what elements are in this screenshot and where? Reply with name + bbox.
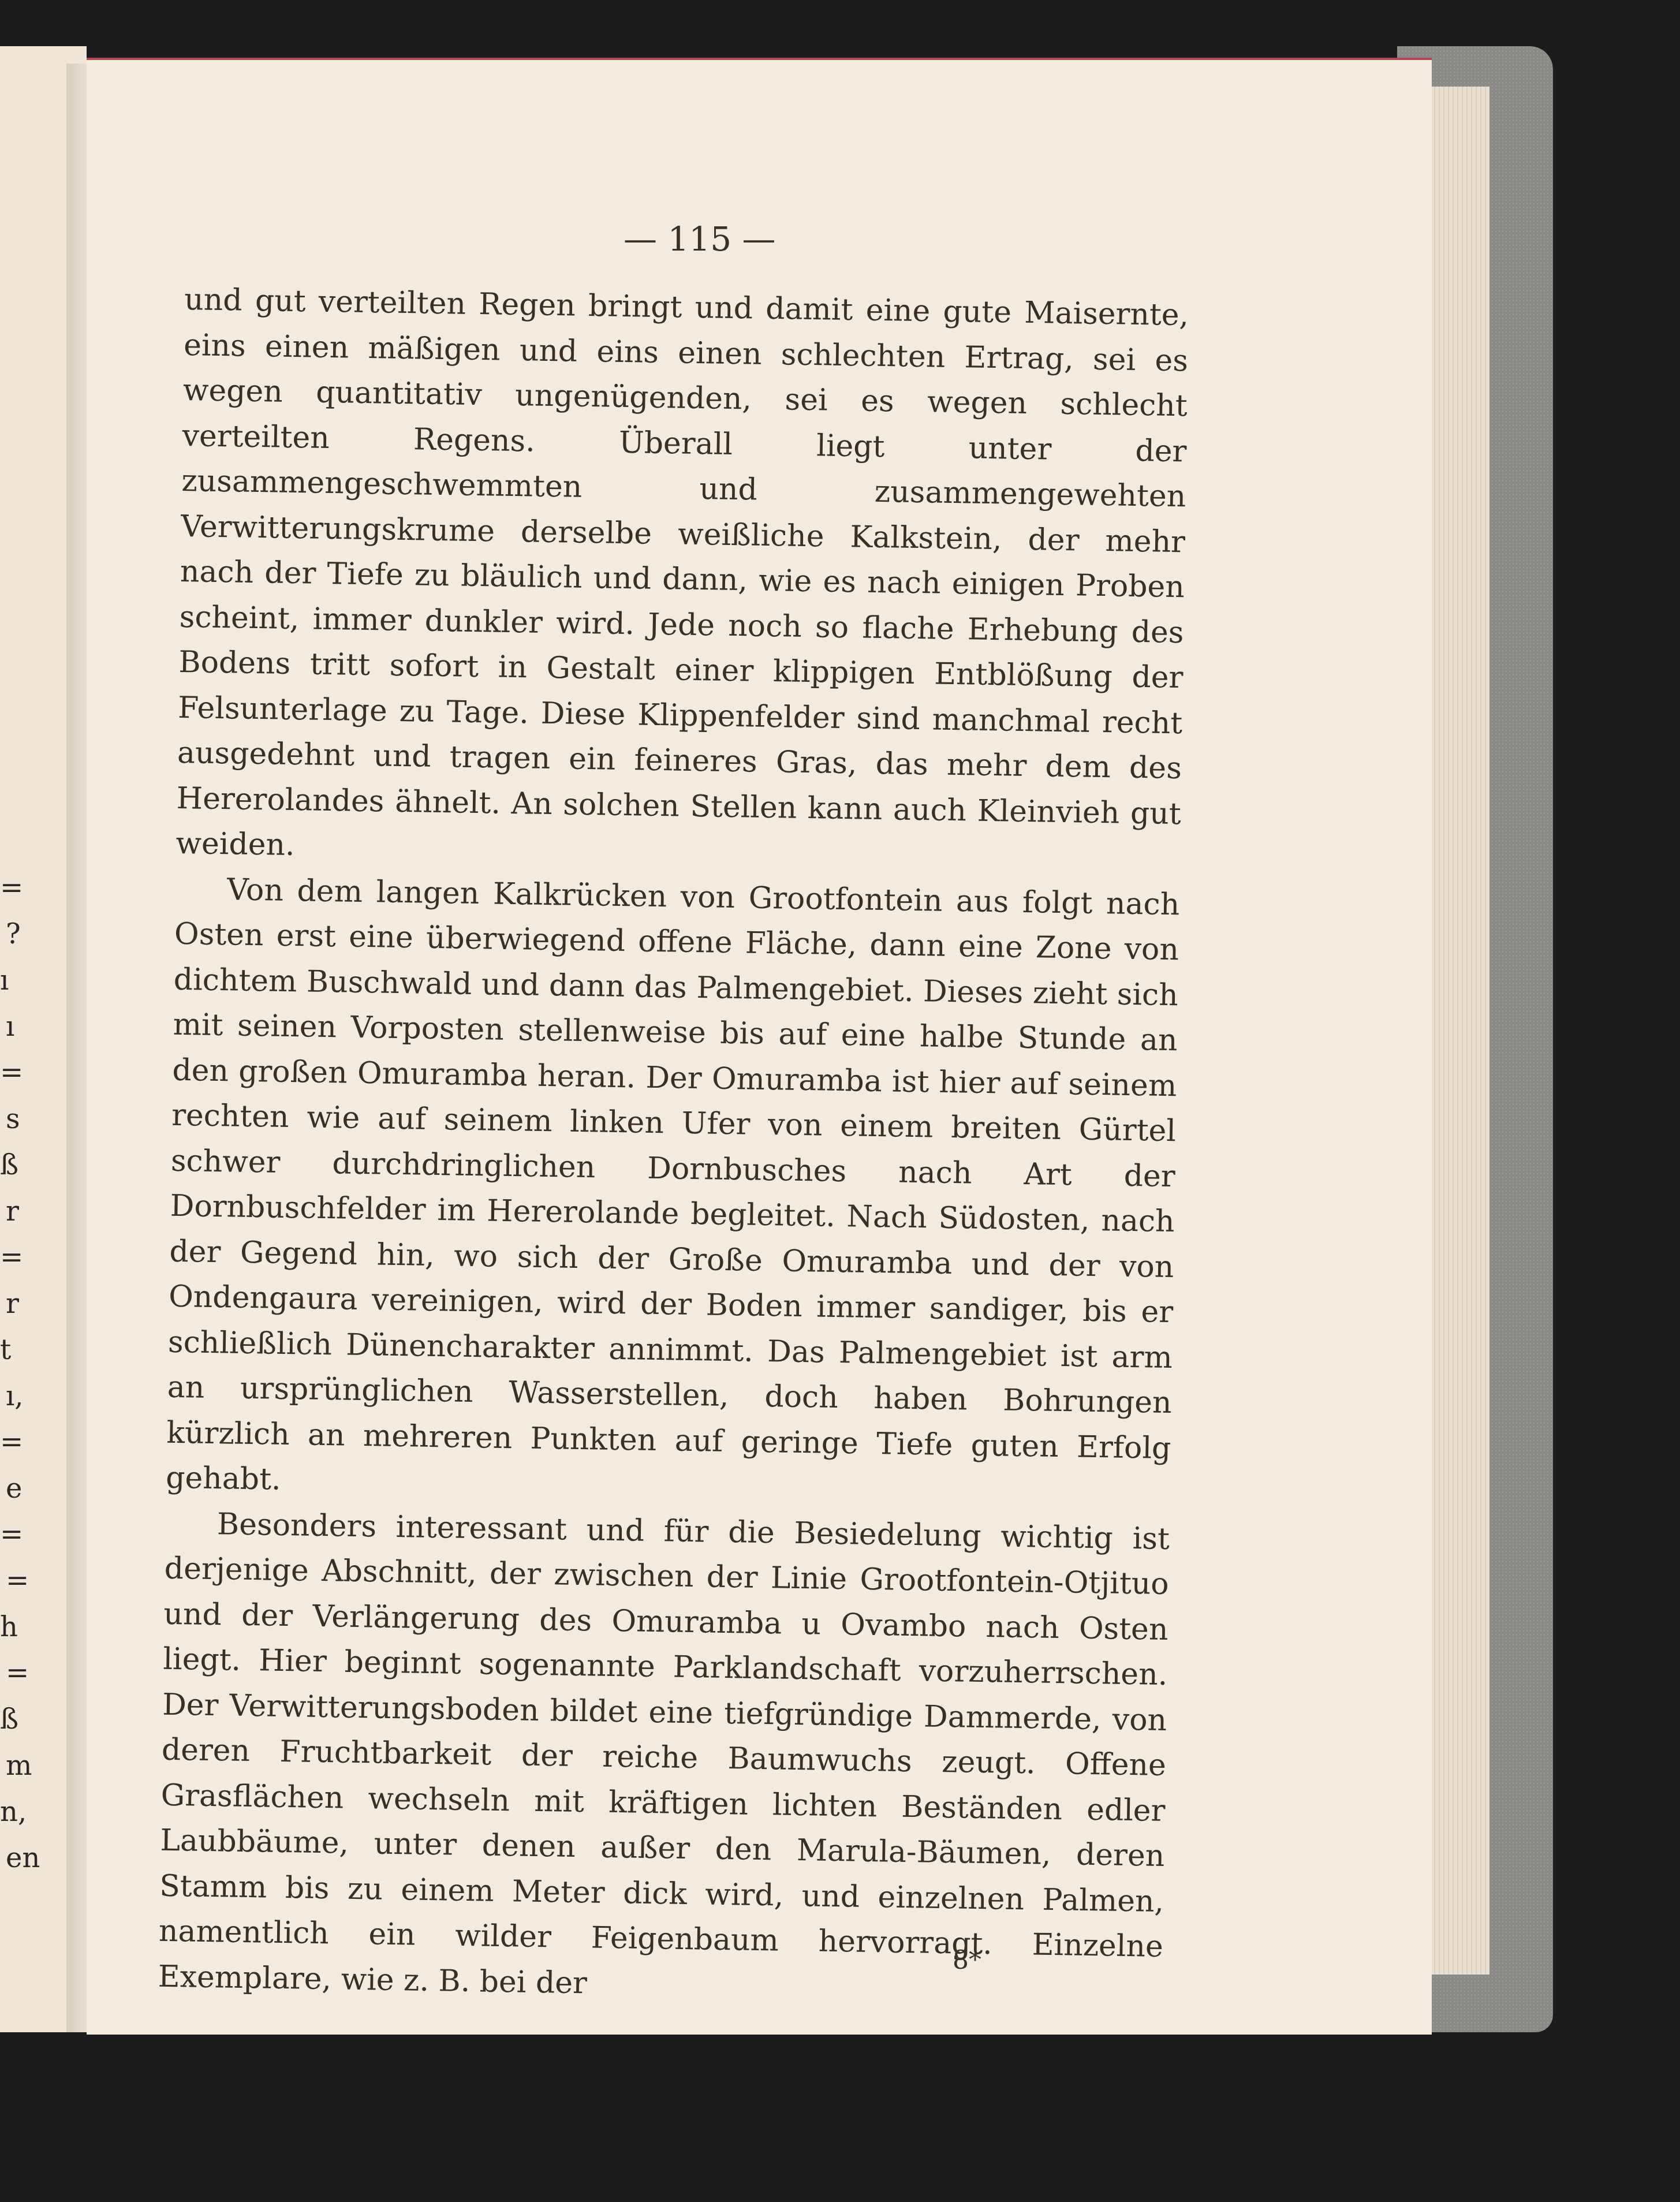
signature-mark: 8* [953, 1946, 981, 1975]
left-page-fragment: ı, [6, 1380, 24, 1412]
left-page-fragment: en [6, 1842, 40, 1874]
page-number: — 115 — [624, 219, 776, 259]
left-page-fragment: = [0, 1057, 23, 1089]
left-page-fragment: n, [0, 1796, 27, 1828]
left-page-fragment: ? [6, 918, 21, 950]
left-page-fragment: = [0, 1426, 23, 1458]
left-page-fragment: ı [0, 964, 9, 997]
left-page-fragment: h [0, 1611, 18, 1643]
left-page-fragment: t [0, 1334, 11, 1366]
paragraph-2: Von dem langen Kalkrücken von Grootfonte… [166, 866, 1180, 1516]
left-page-fragment: = [0, 872, 23, 904]
left-page-fragment: ß [0, 1149, 18, 1181]
left-page-fragment: = [6, 1657, 29, 1689]
page-edges [1426, 87, 1489, 1975]
left-page-fragment: r [6, 1287, 19, 1320]
left-page-fragment: m [6, 1749, 32, 1782]
gutter [66, 64, 89, 2032]
left-page-fragment: = [0, 1518, 23, 1551]
paragraph-1: und gut verteilten Regen bringt und dami… [176, 277, 1189, 882]
paragraph-3: Besonders interessant und für die Besied… [158, 1501, 1170, 2015]
left-page-fragment: s [6, 1103, 20, 1135]
left-page-fragment: = [6, 1565, 29, 1597]
left-page-fragment: ı [6, 1010, 14, 1043]
body-text: und gut verteilten Regen bringt und dami… [158, 277, 1189, 2015]
left-page-fragment: ß [0, 1703, 18, 1736]
left-page-fragment: = [0, 1241, 23, 1274]
left-page-fragment: e [6, 1472, 22, 1505]
left-page-fragment: r [6, 1195, 19, 1227]
